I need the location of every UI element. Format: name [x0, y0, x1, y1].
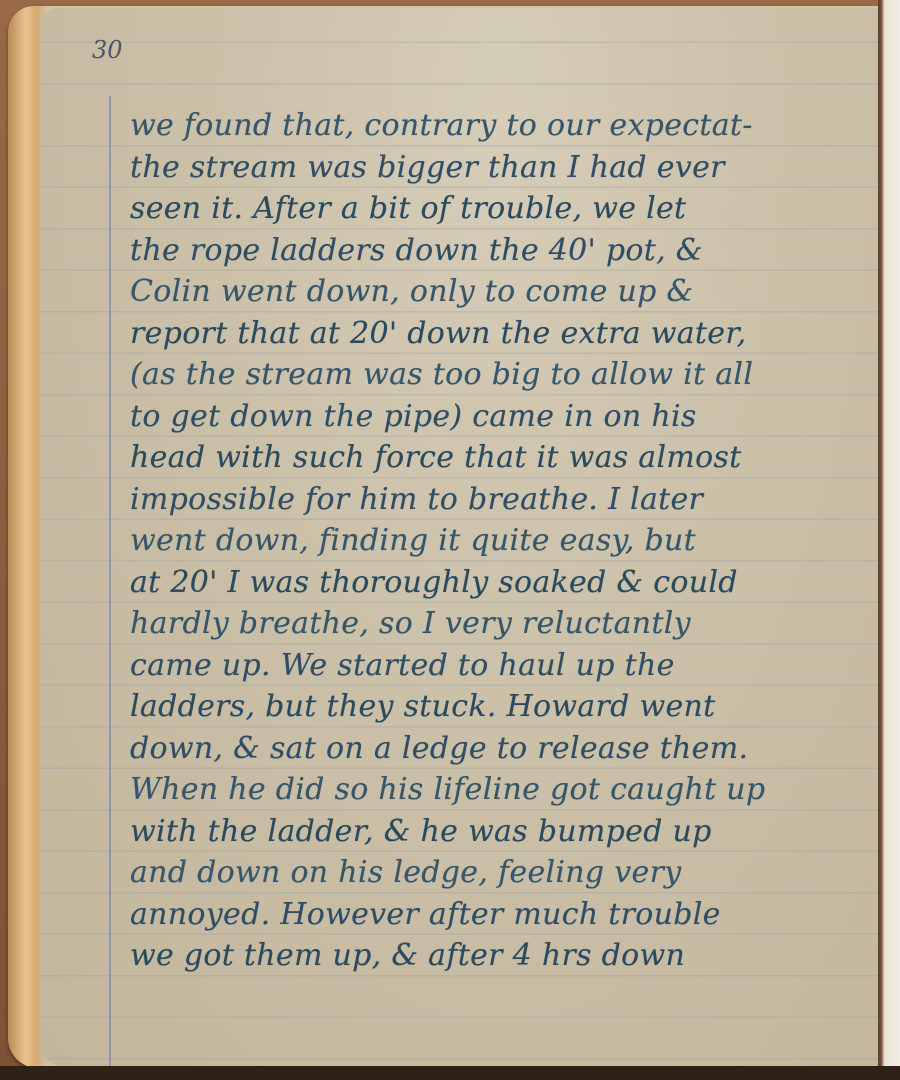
text-line: head with such force that it was almost	[130, 437, 878, 479]
facing-page-edge	[878, 0, 900, 1068]
text-line: impossible for him to breathe. I later	[130, 479, 878, 521]
page-number: 30	[92, 36, 123, 64]
text-line: the rope ladders down the 40' pot, &	[130, 230, 878, 272]
margin-line	[109, 96, 111, 1066]
text-line: seen it. After a bit of trouble, we let	[130, 188, 878, 230]
text-line: annoyed. However after much trouble	[130, 894, 878, 936]
text-line: we found that, contrary to our expectat-	[130, 105, 878, 147]
text-line: report that at 20' down the extra water,	[130, 313, 878, 355]
text-line: Colin went down, only to come up &	[130, 271, 878, 313]
handwritten-text: we found that, contrary to our expectat-…	[130, 105, 878, 977]
text-line: with the ladder, & he was bumped up	[130, 811, 878, 853]
text-line: to get down the pipe) came in on his	[130, 396, 878, 438]
text-line: ladders, but they stuck. Howard went	[130, 686, 878, 728]
text-line: went down, finding it quite easy, but	[130, 520, 878, 562]
text-line: and down on his ledge, feeling very	[130, 852, 878, 894]
text-line: at 20' I was thoroughly soaked & could	[130, 562, 878, 604]
text-line: hardly breathe, so I very reluctantly	[130, 603, 878, 645]
text-line: When he did so his lifeline got caught u…	[130, 769, 878, 811]
text-line: down, & sat on a ledge to release them.	[130, 728, 878, 770]
text-line: (as the stream was too big to allow it a…	[130, 354, 878, 396]
bottom-shadow	[0, 1066, 900, 1080]
text-line: came up. We started to haul up the	[130, 645, 878, 687]
text-line: the stream was bigger than I had ever	[130, 147, 878, 189]
notebook-page: 30 we found that, contrary to our expect…	[40, 8, 878, 1066]
text-line: we got them up, & after 4 hrs down	[130, 935, 878, 977]
